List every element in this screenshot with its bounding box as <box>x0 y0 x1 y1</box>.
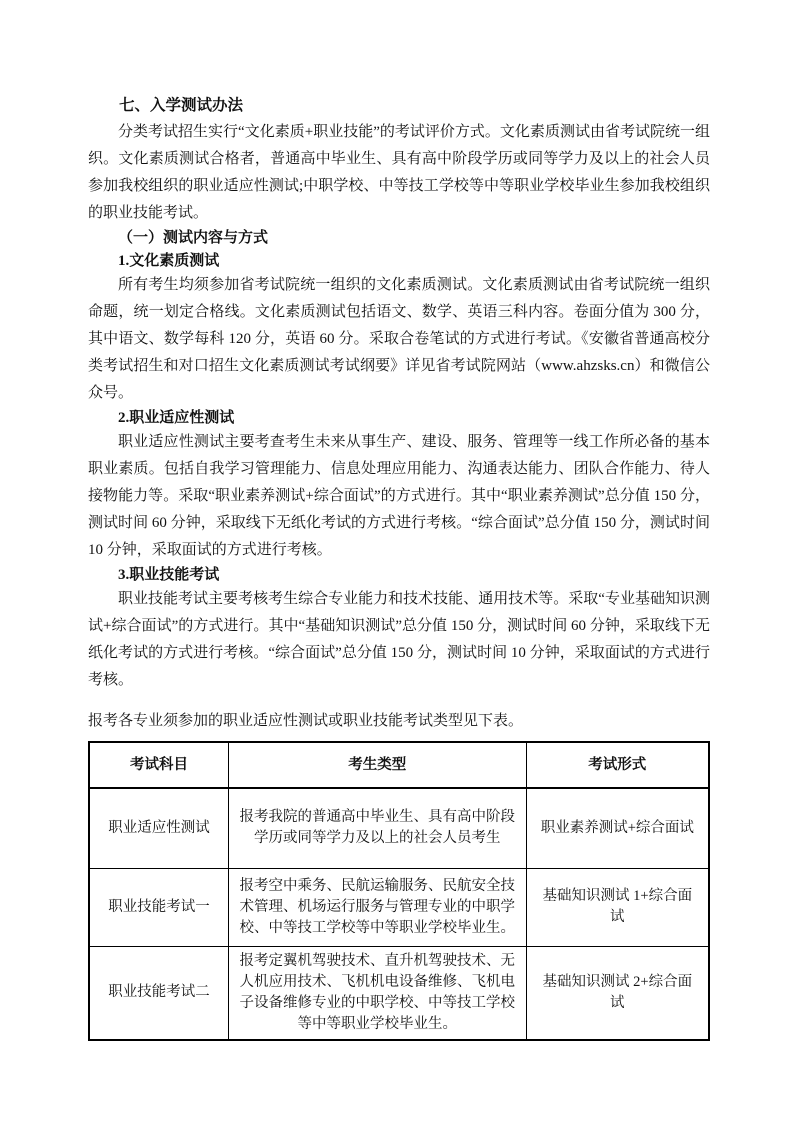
header-exam-form: 考试形式 <box>526 742 709 788</box>
item-body-skill-exam: 职业技能考试主要考核考生综合专业能力和技术技能、通用技术等。采取“专业基础知识测… <box>88 586 710 694</box>
cell-candidate-type: 报考我院的普通高中毕业生、具有高中阶段学历或同等学力及以上的社会人员考生 <box>229 788 527 868</box>
item-heading-culture-test: 1.文化素质测试 <box>88 250 710 272</box>
cell-exam-form: 基础知识测试 1+综合面试 <box>526 868 709 946</box>
cell-exam-form: 职业素养测试+综合面试 <box>526 788 709 868</box>
cell-exam-subject: 职业适应性测试 <box>89 788 229 868</box>
table-row: 职业技能考试一 报考空中乘务、民航运输服务、民航安全技术管理、机场运行服务与管理… <box>89 868 709 946</box>
cell-exam-subject: 职业技能考试二 <box>89 946 229 1040</box>
cell-exam-subject: 职业技能考试一 <box>89 868 229 946</box>
item-body-aptitude-test: 职业适应性测试主要考查考生未来从事生产、建设、服务、管理等一线工作所必备的基本职… <box>88 429 710 564</box>
cell-exam-form: 基础知识测试 2+综合面试 <box>526 946 709 1040</box>
exam-type-table: 考试科目 考生类型 考试形式 职业适应性测试 报考我院的普通高中毕业生、具有高中… <box>88 741 710 1041</box>
item-body-culture-test: 所有考生均须参加省考试院统一组织的文化素质测试。文化素质测试由省考试院统一组织命… <box>88 272 710 407</box>
table-row: 职业适应性测试 报考我院的普通高中毕业生、具有高中阶段学历或同等学力及以上的社会… <box>89 788 709 868</box>
document-page: 七、入学测试办法 分类考试招生实行“文化素质+职业技能”的考试评价方式。文化素质… <box>0 0 793 1121</box>
section-title: 七、入学测试办法 <box>88 92 710 119</box>
table-header-row: 考试科目 考生类型 考试形式 <box>89 742 709 788</box>
subsection-title: （一）测试内容与方式 <box>88 227 710 250</box>
cell-candidate-type: 报考定翼机驾驶技术、直升机驾驶技术、无人机应用技术、飞机机电设备维修、飞机电子设… <box>229 946 527 1040</box>
intro-paragraph: 分类考试招生实行“文化素质+职业技能”的考试评价方式。文化素质测试由省考试院统一… <box>88 119 710 227</box>
document-content: 七、入学测试办法 分类考试招生实行“文化素质+职业技能”的考试评价方式。文化素质… <box>88 92 710 1041</box>
item-heading-aptitude-test: 2.职业适应性测试 <box>88 407 710 429</box>
item-heading-skill-exam: 3.职业技能考试 <box>88 564 710 586</box>
table-intro-text: 报考各专业须参加的职业适应性测试或职业技能考试类型见下表。 <box>88 708 710 735</box>
table-row: 职业技能考试二 报考定翼机驾驶技术、直升机驾驶技术、无人机应用技术、飞机机电设备… <box>89 946 709 1040</box>
cell-candidate-type: 报考空中乘务、民航运输服务、民航安全技术管理、机场运行服务与管理专业的中职学校、… <box>229 868 527 946</box>
header-exam-subject: 考试科目 <box>89 742 229 788</box>
header-candidate-type: 考生类型 <box>229 742 527 788</box>
